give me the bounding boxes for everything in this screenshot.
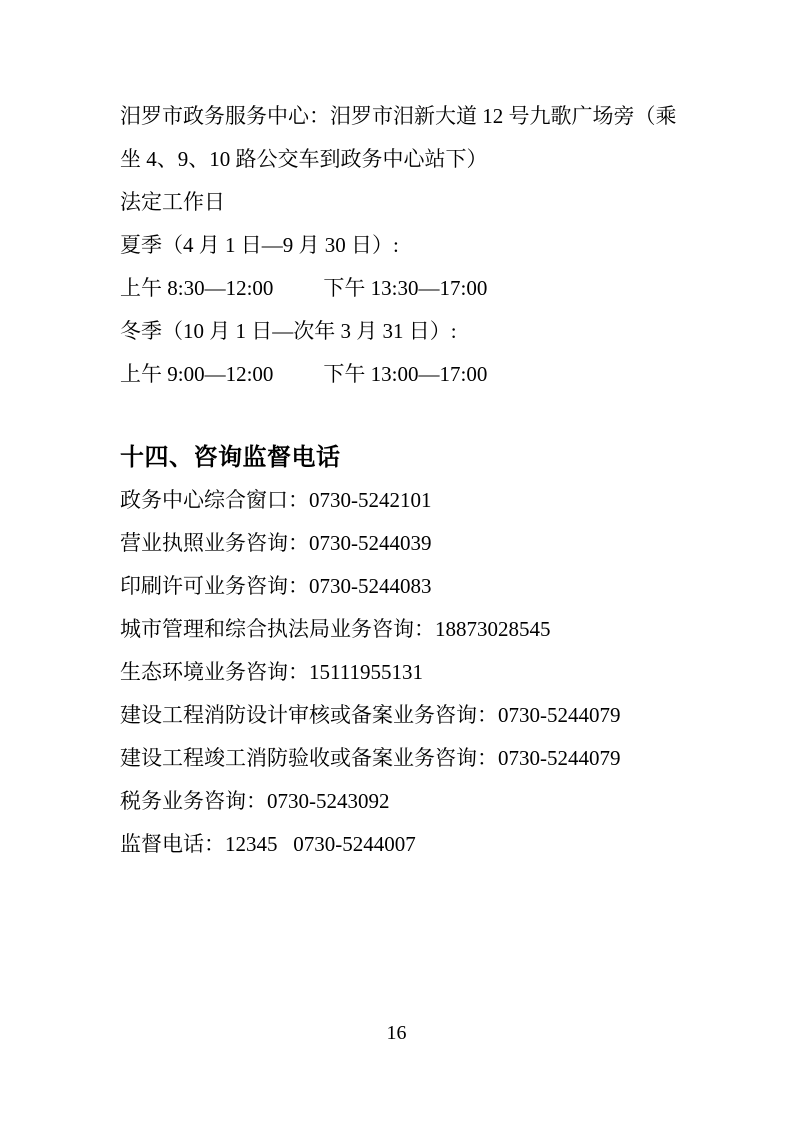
hotline-entry-supervision-phone: 监督电话：12345 0730-5244007	[120, 823, 680, 866]
section-heading: 十四、咨询监督电话	[120, 436, 680, 479]
hotline-entry-ecology-environment: 生态环境业务咨询：15111955131	[120, 651, 680, 694]
hotline-entry-urban-management: 城市管理和综合执法局业务咨询：18873028545	[120, 608, 680, 651]
document-page: 汨罗市政务服务中心：汨罗市汨新大道 12 号九歌广场旁（乘 坐 4、9、10 路…	[0, 0, 793, 1122]
winter-season-label: 冬季（10 月 1 日—次年 3 月 31 日）:	[120, 310, 680, 353]
summer-hours: 上午 8:30—12:00下午 13:30—17:00	[120, 267, 680, 310]
summer-morning-hours: 上午 8:30—12:00	[120, 276, 273, 300]
page-number: 16	[0, 1023, 793, 1043]
summer-afternoon-hours: 下午 13:30—17:00	[323, 276, 487, 300]
winter-hours: 上午 9:00—12:00下午 13:00—17:00	[120, 353, 680, 396]
hotline-entry-fire-design-review: 建设工程消防设计审核或备案业务咨询：0730-5244079	[120, 694, 680, 737]
page-content: 汨罗市政务服务中心：汨罗市汨新大道 12 号九歌广场旁（乘 坐 4、9、10 路…	[120, 95, 680, 866]
hotline-entry-government-window: 政务中心综合窗口：0730-5242101	[120, 479, 680, 522]
hotline-entry-business-license: 营业执照业务咨询：0730-5244039	[120, 522, 680, 565]
address-line-2: 坐 4、9、10 路公交车到政务中心站下）	[120, 138, 680, 181]
workday-note: 法定工作日	[120, 181, 680, 224]
hotline-entry-tax-service: 税务业务咨询：0730-5243092	[120, 780, 680, 823]
winter-morning-hours: 上午 9:00—12:00	[120, 362, 273, 386]
hotline-entry-printing-permit: 印刷许可业务咨询：0730-5244083	[120, 565, 680, 608]
summer-season-label: 夏季（4 月 1 日—9 月 30 日）:	[120, 224, 680, 267]
hotline-entry-fire-acceptance: 建设工程竣工消防验收或备案业务咨询：0730-5244079	[120, 737, 680, 780]
section-gap	[120, 396, 680, 436]
winter-afternoon-hours: 下午 13:00—17:00	[323, 362, 487, 386]
address-line-1: 汨罗市政务服务中心：汨罗市汨新大道 12 号九歌广场旁（乘	[120, 95, 680, 138]
